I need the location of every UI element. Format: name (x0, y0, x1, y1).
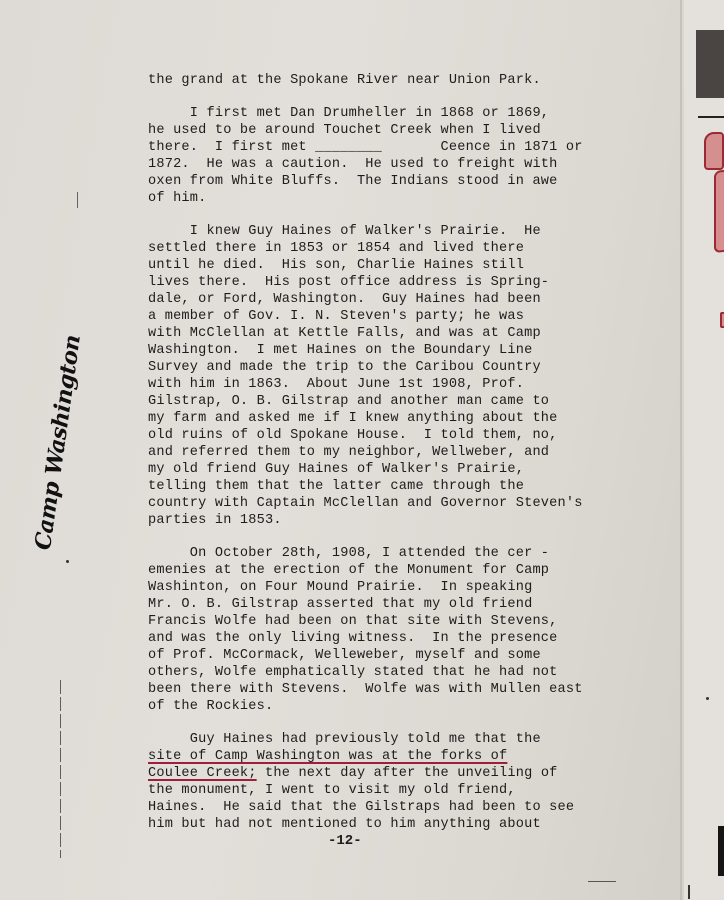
margin-bracket-line (60, 680, 61, 858)
text-line: telling them that the latter came throug… (148, 478, 688, 495)
text-span: the next day after the unveiling of (257, 766, 558, 781)
text-line: and referred them to my neighbor, Wellwe… (148, 444, 688, 461)
paragraph: I first met Dan Drumheller in 1868 or 18… (148, 105, 688, 207)
text-line: him but had not mentioned to him anythin… (148, 816, 688, 833)
text-line: Washington. I met Haines on the Boundary… (148, 342, 688, 359)
text-line: others, Wolfe emphatically stated that h… (148, 664, 688, 681)
pencil-dash (588, 881, 616, 882)
text-line: old ruins of old Spokane House. I told t… (148, 427, 688, 444)
text-line: of him. (148, 190, 688, 207)
text-line: Gilstrap, O. B. Gilstrap and another man… (148, 393, 688, 410)
text-line: country with Captain McClellan and Gover… (148, 495, 688, 512)
photo-fragment (696, 30, 724, 98)
text-line: On October 28th, 1908, I attended the ce… (148, 545, 688, 562)
text-line: dale, or Ford, Washington. Guy Haines ha… (148, 291, 688, 308)
red-graphic-fragment (714, 169, 724, 254)
red-graphic-fragment (704, 132, 724, 170)
text-line: a member of Gov. I. N. Steven's party; h… (148, 308, 688, 325)
red-underlined-text: site of Camp Washington was at the forks… (148, 749, 507, 764)
rule-line (698, 116, 724, 118)
text-line: parties in 1853. (148, 512, 688, 529)
pencil-tick (688, 885, 690, 899)
margin-tick-mark (77, 192, 78, 208)
text-line: with him in 1863. About June 1st 1908, P… (148, 376, 688, 393)
text-line: Mr. O. B. Gilstrap asserted that my old … (148, 596, 688, 613)
text-line: been there with Stevens. Wolfe was with … (148, 681, 688, 698)
text-line: of the Rockies. (148, 698, 688, 715)
paragraph: Guy Haines had previously told me that t… (148, 731, 688, 833)
paragraph: I knew Guy Haines of Walker's Prairie. H… (148, 223, 688, 529)
text-line: site of Camp Washington was at the forks… (148, 748, 688, 765)
dark-edge-fragment (718, 826, 724, 876)
text-line: there. I first met ________ Ceence in 18… (148, 139, 688, 156)
text-line: Coulee Creek; the next day after the unv… (148, 765, 688, 782)
text-line: with McClellan at Kettle Falls, and was … (148, 325, 688, 342)
text-line: oxen from White Bluffs. The Indians stoo… (148, 173, 688, 190)
text-line: the grand at the Spokane River near Unio… (148, 72, 688, 89)
ink-dot (706, 697, 709, 700)
text-line: 1872. He was a caution. He used to freig… (148, 156, 688, 173)
underlying-sheet (684, 0, 724, 900)
text-line: Guy Haines had previously told me that t… (148, 731, 688, 748)
text-line: of Prof. McCormack, Welleweber, myself a… (148, 647, 688, 664)
page-number: -12- (328, 833, 362, 849)
red-graphic-fragment (720, 312, 724, 328)
text-line: my old friend Guy Haines of Walker's Pra… (148, 461, 688, 478)
text-line: Survey and made the trip to the Caribou … (148, 359, 688, 376)
text-line: until he died. His son, Charlie Haines s… (148, 257, 688, 274)
text-line: the monument, I went to visit my old fri… (148, 782, 688, 799)
red-underlined-text: Coulee Creek; (148, 766, 257, 781)
ink-dot (66, 560, 69, 563)
text-line: I first met Dan Drumheller in 1868 or 18… (148, 105, 688, 122)
typewritten-body: the grand at the Spokane River near Unio… (148, 72, 688, 849)
text-line: Francis Wolfe had been on that site with… (148, 613, 688, 630)
text-line: lives there. His post office address is … (148, 274, 688, 291)
text-line: my farm and asked me if I knew anything … (148, 410, 688, 427)
text-line: I knew Guy Haines of Walker's Prairie. H… (148, 223, 688, 240)
paragraph: the grand at the Spokane River near Unio… (148, 72, 688, 89)
paragraph: On October 28th, 1908, I attended the ce… (148, 545, 688, 715)
text-line: he used to be around Touchet Creek when … (148, 122, 688, 139)
text-line: and was the only living witness. In the … (148, 630, 688, 647)
text-line: Haines. He said that the Gilstraps had b… (148, 799, 688, 816)
text-line: Washinton, on Four Mound Prairie. In spe… (148, 579, 688, 596)
text-line: settled there in 1853 or 1854 and lived … (148, 240, 688, 257)
text-line: emenies at the erection of the Monument … (148, 562, 688, 579)
